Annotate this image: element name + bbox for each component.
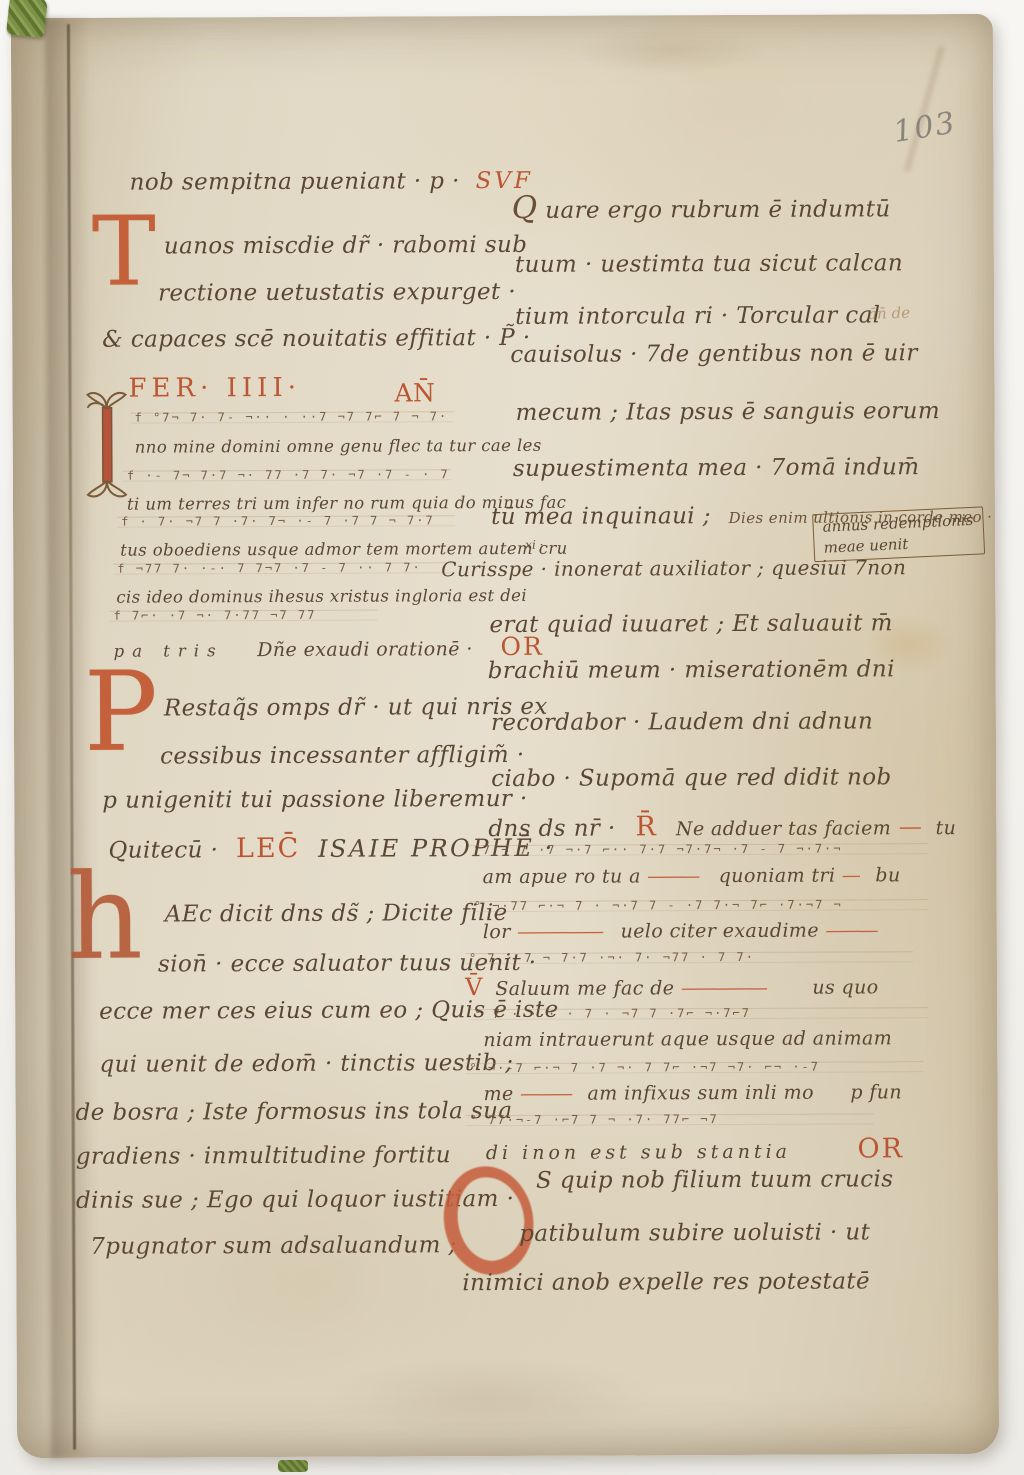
lesson-line5: de bosra ; Iste formosus ins tola sua [76, 1098, 513, 1126]
lesson-line4: qui uenit de edom̄ · tinctis uestib ; [99, 1050, 513, 1078]
collect2-line2: cessibus incessanter affligim̃ · [160, 742, 525, 770]
lesson2-line4: cauisolus · 7de gentibus non ē uir [510, 340, 918, 368]
collect1-line1: uanos miscdie dr̃ · rabomi sub [164, 232, 528, 260]
initial-P: P [84, 668, 158, 756]
syllables: us quo [812, 976, 878, 998]
syllables: di inon est sub stantia [486, 1141, 791, 1164]
syllables: Saluum me fac de [495, 977, 674, 1000]
decorated-initial-I-icon [82, 388, 131, 506]
verse-sign: V̄ [465, 973, 483, 1001]
neume-row: f ¬77 7· ·-· 7 7¬7 ·7 - 7 ·· 7 7· [113, 555, 451, 580]
manuscript-page: 103 ān̄ de nob sempitna pueniant · p · S… [11, 14, 999, 1458]
staff-fill: ——— [520, 1083, 571, 1105]
initial-H: h [67, 870, 143, 965]
manuscript-photo: 103 ān̄ de nob sempitna pueniant · p · S… [0, 0, 1024, 1475]
staff-fill: — [842, 864, 859, 886]
responsory-text-row5: niam intrauerunt aque usque ad animam [483, 1027, 892, 1051]
responsory-text-row6: me ——— am infixus sum inli mo p fun [484, 1081, 903, 1105]
lesson2-line11: recordabor · Laudem dni adnun [491, 708, 873, 736]
staff-fill: ——— [825, 919, 876, 941]
initial-Q: Q [512, 190, 538, 226]
lesson2-line1: Q uare ergo rubrum ē indumtū [512, 188, 891, 226]
neume-row: ° 7 · · · · 7 · ¬7 7 ·7⌐ ¬·7⌐7 [470, 1000, 928, 1026]
syllables: am infixus sum inli mo [587, 1082, 813, 1105]
folio-number: 103 [891, 105, 959, 150]
initial-T: T [92, 214, 156, 291]
lesson2-line3: tium intorcula ri · Torcular cal [515, 302, 880, 330]
neume-row: f 7⌐· ·7 ¬· 7·77 ¬7 77 [109, 603, 377, 628]
lesson2-line5: mecum ; Itas psus ē sanguis eorum [516, 398, 941, 426]
syllables: lor [483, 921, 511, 943]
lesson2-line12: ciabo · Supomā que red didit nob [491, 764, 892, 792]
marginal-insertion-box: annus redemptionis meae uenit [812, 506, 985, 562]
chant-text-row1: nno mine domini omne genu flec ta tur ca… [135, 436, 542, 457]
green-headband-top [6, 0, 48, 38]
verse-text-row: V̄ Saluum me fac de ————— us quo [465, 971, 879, 1001]
syllables: me [484, 1083, 514, 1105]
lesson-line8: 7pugnator sum adsaluandum ; [90, 1232, 457, 1260]
responsory-tail1: tu [936, 817, 957, 839]
lesson-line1: AEc dicit dns ds̃ ; Dicite filie [165, 900, 508, 927]
rubric-lec: LEC̄ [236, 833, 300, 864]
lesson2-line6: supuestimenta mea · 7omā indum̄ [513, 454, 920, 482]
stain [571, 25, 771, 76]
syllables: quoniam tri [719, 865, 836, 888]
lesson2-line10: brachiū meum · miserationēm dni [488, 656, 895, 684]
syllables: bu [875, 864, 900, 886]
collect3-line1: S quip nob filium tuum crucis [536, 1166, 894, 1194]
syllables: uelo citer exaudime [621, 920, 819, 943]
intro-text: nob sempitna pueniant · p · [130, 168, 460, 195]
neume-row: f · 7· ¬7 7 ·7· 7¬ ·- 7 ·7 7 ¬ 7·7 [117, 508, 455, 533]
collect1-line3: & capaces scē nouitatis effitiat · P̃ · [102, 325, 530, 353]
collect3-line2: patibulum subire uoluisti · ut [519, 1219, 870, 1247]
collect3-line3: inimici anob expelle res potestatē [462, 1268, 870, 1296]
responsory-text-row3: lor ————— uelo citer exaudime ——— [483, 919, 877, 943]
staff-fill: ————— [681, 977, 766, 999]
lesson2-line9: erat quiad iuuaret ; Et saluauit m̄ [489, 610, 892, 638]
left-intro-line: nob sempitna pueniant · p · SVF [130, 168, 533, 196]
neume-row: °7·¬ 7 ·7 ¬·7 ⌐·· 7·7 ¬7·7¬ ·7 - 7 ¬·7·¬ [469, 836, 927, 862]
neume-row: ° 7 · 7 ¬ 7·7 ·¬· 7· ¬77 · 7 7· [465, 944, 913, 970]
lesson-line6: gradiens · inmultitudine fortitu [76, 1142, 451, 1170]
collect2-line3: p unigeniti tui passione liberemur · [102, 786, 528, 814]
neume-row: f °7¬ 7· 7- ¬·· · ··7 ¬7 7⌐ 7 ¬ 7· [131, 404, 454, 429]
responsory-text-row7: di inon est sub stantia OR [486, 1133, 904, 1166]
feria-rubric: FER· IIII· [128, 373, 301, 404]
line7-text: tū mea inquinaui ; [491, 503, 711, 530]
chant-text-row5: pa tris Dñe exaudi orationē · OR [114, 632, 544, 663]
versicle-text: Dñe exaudi orationē · [257, 638, 473, 661]
lesson2-line2: tuum · uestimta tua sicut calcan [515, 250, 903, 278]
responsory-text-row2: am apue ro tu a ——— quoniam tri — bu [483, 864, 901, 888]
green-headband-bottom [278, 1460, 308, 1472]
interlinear-correction: xi · [525, 538, 543, 552]
syllables: am apue ro tu a [483, 865, 641, 888]
rubric-or: OR [857, 1133, 904, 1164]
neume-row: ° 77·¬-7 ·⌐7 7 ¬ ·7· 77⌐ ¬7 [466, 1106, 874, 1132]
staff-fill: ——— [647, 865, 698, 887]
lesson2-line1-text: uare ergo rubrum ē indumtū [545, 196, 890, 224]
neume-row: ° ¬·-7 ⌐·¬ 7 ·7 ¬· 7 7⌐ ·¬7 ¬7· ⌐¬ ·-7 [465, 1054, 923, 1080]
antiphon-rubric: AN̄ [394, 378, 435, 407]
neume-row: f ·- 7¬ 7·7 ¬· 77 ·7 7· ¬7 ·7 - · 7 [123, 462, 451, 487]
syllables: p fun [850, 1081, 902, 1103]
staff-fill: ————— [517, 921, 602, 943]
neume-row: ° ¬·77 ⌐·¬ 7 · ¬·7 7 - ·7 7·¬ 7⌐ ·7·¬7 ¬ [470, 892, 928, 918]
stain [317, 1355, 657, 1436]
collect1-line2: rectione uetustatis expurget · [158, 279, 516, 307]
